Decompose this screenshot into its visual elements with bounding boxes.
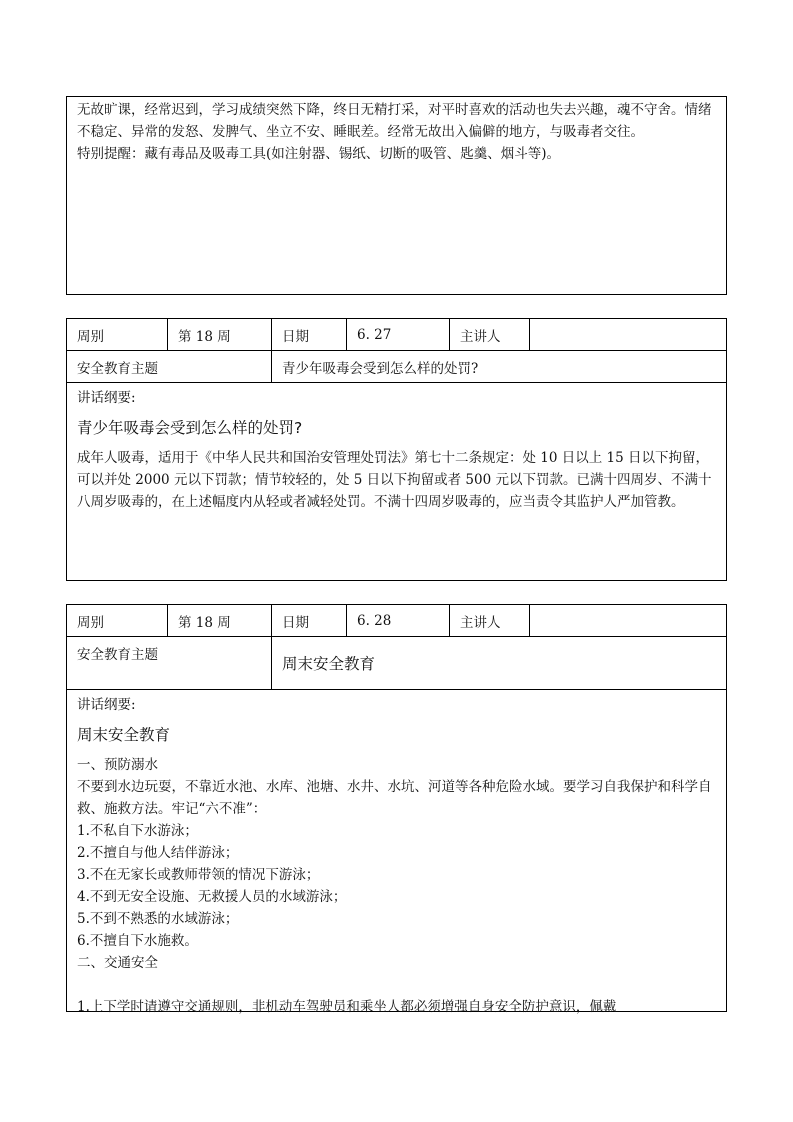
speaker-label: 主讲人: [450, 319, 530, 350]
rule-item: 3.不在无家长或教师带领的情况下游泳；: [77, 864, 716, 886]
rule-item: 4.不到无安全设施、无救援人员的水域游泳；: [77, 886, 716, 908]
speaker-label: 主讲人: [450, 605, 530, 636]
lesson-table-6-28: 周别 第 18 周 日期 6. 28 主讲人 安全教育主题 周末安全教育 讲话纲…: [66, 604, 727, 1012]
outline-body: 成年人吸毒，适用于《中华人民共和国治安管理处罚法》第七十二条规定：处 10 日以…: [77, 447, 716, 513]
outline-label: 讲话纲要:: [77, 694, 716, 716]
continuation-table: 无故旷课，经常迟到，学习成绩突然下降，终日无精打采，对平时喜欢的活动也失去兴趣，…: [66, 96, 727, 295]
section-drowning-title: 一、预防溺水: [77, 754, 716, 776]
info-row: 周别 第 18 周 日期 6. 28 主讲人: [67, 605, 726, 637]
section-traffic-title: 二、交通安全: [77, 952, 716, 974]
rule-item: 5.不到不熟悉的水域游泳；: [77, 908, 716, 930]
speaker-value: [530, 319, 726, 350]
date-value: 6. 28: [347, 605, 450, 636]
topic-row: 安全教育主题 青少年吸毒会受到怎么样的处罚?: [67, 351, 726, 383]
date-label: 日期: [272, 605, 347, 636]
outline-heading: 周末安全教育: [77, 722, 716, 748]
outline-label: 讲话纲要:: [77, 387, 716, 409]
spacer: [77, 974, 716, 996]
rule-item: 2.不擅自与他人结伴游泳；: [77, 842, 716, 864]
lesson-table-6-27: 周别 第 18 周 日期 6. 27 主讲人 安全教育主题 青少年吸毒会受到怎么…: [66, 318, 727, 581]
topic-label: 安全教育主题: [67, 351, 272, 382]
date-label: 日期: [272, 319, 347, 350]
traffic-item: 1.上下学时请遵守交通规则，非机动车驾驶员和乘坐人都必须增强自身安全防护意识，佩…: [77, 996, 716, 1018]
outline-cell: 讲话纲要: 青少年吸毒会受到怎么样的处罚? 成年人吸毒，适用于《中华人民共和国治…: [67, 383, 726, 517]
outline-cell: 讲话纲要: 周末安全教育 一、预防溺水 不要到水边玩耍，不靠近水池、水库、池塘、…: [67, 690, 726, 1022]
speaker-value: [530, 605, 726, 636]
continuation-cell: 无故旷课，经常迟到，学习成绩突然下降，终日无精打采，对平时喜欢的活动也失去兴趣，…: [67, 97, 726, 167]
special-reminder: 特别提醒：藏有毒品及吸毒工具(如注射器、锡纸、切断的吸管、匙羹、烟斗等)。: [77, 143, 716, 165]
week-label: 周别: [67, 605, 168, 636]
topic-label: 安全教育主题: [67, 637, 272, 689]
outline-heading: 青少年吸毒会受到怎么样的处罚?: [77, 415, 716, 441]
week-value: 第 18 周: [168, 605, 272, 636]
rule-item: 1.不私自下水游泳；: [77, 820, 716, 842]
section-drowning-intro: 不要到水边玩耍，不靠近水池、水库、池塘、水井、水坑、河道等各种危险水域。要学习自…: [77, 776, 716, 820]
date-value: 6. 27: [347, 319, 450, 350]
topic-value: 青少年吸毒会受到怎么样的处罚?: [272, 351, 726, 382]
topic-row: 安全教育主题 周末安全教育: [67, 637, 726, 690]
info-row: 周别 第 18 周 日期 6. 27 主讲人: [67, 319, 726, 351]
week-label: 周别: [67, 319, 168, 350]
week-value: 第 18 周: [168, 319, 272, 350]
drug-signs-paragraph: 无故旷课，经常迟到，学习成绩突然下降，终日无精打采，对平时喜欢的活动也失去兴趣，…: [77, 99, 716, 143]
topic-value: 周末安全教育: [272, 637, 726, 689]
rule-item: 6.不擅自下水施救。: [77, 930, 716, 952]
